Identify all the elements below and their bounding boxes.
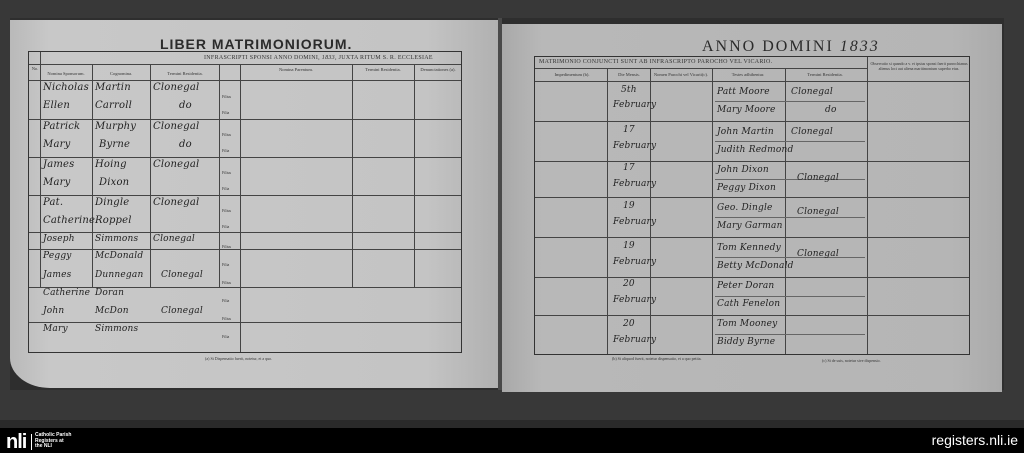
marriage-day: 17 [623,125,635,135]
groom-surname: Hoing [95,159,127,170]
groom-name: Pat. [43,197,63,208]
witness-2: Betty McDonald [717,261,794,271]
groom-surname: Dunnegan [95,270,143,280]
col-header-priest: Nomen Parochi vel Vicarii(c). [651,72,711,77]
right-footnote-c: (c) Si de suis, notetur sive dispensio. [822,358,881,363]
col-header-names: Nomina Sponsorum. [41,71,91,76]
bride-surname: Simmons [95,324,138,334]
residence-ditto: do [179,100,192,111]
witness-residence: Clonegal [797,249,839,259]
witness-1: John Martin [717,127,774,137]
groom-surname: Simmons [95,234,138,244]
col-header-parents-residence: Termini Residentia. [353,67,413,72]
residence: Clonegal [161,306,203,316]
residence: Clonegal [153,82,199,93]
marriage-month: February [613,100,656,110]
viewer-bottom-strip [0,420,1024,428]
right-subheading: MATRIMONIO CONJUNCTI SUNT AB INFRASCRIPT… [539,59,772,65]
witness-1: Geo. Dingle [717,203,773,213]
witness-2: Cath Fenelon [717,299,780,309]
bride-surname: Roppel [95,215,132,226]
witness-1: John Dixon [717,165,769,175]
witness-residence: Clonegal [791,87,833,97]
col-header-no: No. [30,66,40,71]
residence: Clonegal [153,121,199,132]
witness-1: Peter Doran [717,281,774,291]
witness-2: Mary Moore [717,105,776,115]
bride-surname: Carroll [95,100,132,111]
witness-residence: Clonegal [791,127,833,137]
col-header-impediment: Impedimentum (b). [537,72,607,77]
site-link[interactable]: registers.nli.ie [932,432,1018,448]
footer-bar: nli Catholic Parish Registers at the NLI… [0,428,1024,453]
bride-name: Ellen [43,100,70,111]
marriage-day: 17 [623,163,635,173]
marriage-day: 20 [623,279,635,289]
groom-name: Nicholas [43,82,89,93]
marriage-month: February [613,217,656,227]
marriage-register-form-left: INFRASCRIPTI SPONSI ANNO DOMINI, 1833, J… [28,51,462,353]
residence: Clonegal [161,270,203,280]
col-header-day-month: Die Mensis. [609,72,649,77]
image-viewer[interactable]: LIBER MATRIMONIORUM. INFRASCRIPTI SPONSI… [0,0,1024,428]
bride-name: Catherine [43,215,95,226]
residence: Clonegal [153,197,199,208]
witness-1: Tom Kennedy [717,243,781,253]
left-page-title: LIBER MATRIMONIORUM. [160,36,352,52]
col-header-surnames: Cognomina. [93,71,149,76]
witness-1: Patt Moore [717,87,770,97]
col-header-residence: Termini Residentia. [151,71,219,76]
groom-surname: Murphy [95,121,136,132]
left-subheading: INFRASCRIPTI SPONSI ANNO DOMINI, 1833, J… [204,55,433,61]
marriage-day: 20 [623,319,635,329]
groom-name: James [43,159,75,170]
left-footnote: (a) Si Dispensatio fuerit, notetur, et a… [205,356,272,361]
right-footnote-b: (b) Si aliquod fuerit, notetur dispensat… [612,356,702,361]
witness-2: Mary Garman [717,221,783,231]
col-header-residence: Termini Residentia. [785,72,865,77]
marriage-month: February [613,179,656,189]
bride-surname: Dixon [99,177,129,188]
logo-divider [31,434,32,450]
marriage-month: February [613,295,656,305]
witness-1: Tom Mooney [717,319,777,329]
marriage-day: 19 [623,241,635,251]
col-header-witnesses: Testes adhibentur. [713,72,783,77]
bride-surname: McDonald [95,251,143,261]
register-book-scan: LIBER MATRIMONIORUM. INFRASCRIPTI SPONSI… [10,18,1004,390]
groom-surname: McDon [95,306,129,316]
groom-name: Joseph [43,234,75,244]
groom-name: John [43,306,64,316]
bride-name: Peggy [43,251,72,261]
bride-surname: Doran [95,288,124,298]
marriage-register-form-right: MATRIMONIO CONJUNCTI SUNT AB INFRASCRIPT… [534,56,970,355]
bride-surname: Byrne [99,139,130,150]
bride-name: Catherine [43,288,90,298]
groom-surname: Dingle [95,197,129,208]
col-header-banns: Denunciationes (a). [415,67,461,72]
nli-logo-icon[interactable]: nli [6,433,26,451]
witness-2: Biddy Byrne [717,337,775,347]
right-page: ANNO DOMINI 1833 MATRIMONIO CONJUNCTI SU… [502,24,1002,392]
bride-name: Mary [43,139,70,150]
left-page: LIBER MATRIMONIORUM. INFRASCRIPTI SPONSI… [10,20,500,388]
bride-name: Mary [43,324,68,334]
witness-2: Judith Redmond [717,145,794,155]
marriage-day: 19 [623,201,635,211]
residence: Clonegal [153,159,199,170]
bride-name: Mary [43,177,70,188]
col-header-observations: Observatio si quando a v. et ipsius spon… [869,61,969,71]
right-page-title: ANNO DOMINI 1833 [702,38,880,56]
groom-surname: Martin [95,82,131,93]
marriage-month: February [613,335,656,345]
witness-residence-ditto: do [825,105,837,115]
witness-2: Peggy Dixon [717,183,776,193]
witness-residence: Clonegal [797,173,839,183]
col-header-parents: Nomina Parentum. [241,67,351,72]
residence-ditto: do [179,139,192,150]
groom-name: James [43,270,71,280]
residence: Clonegal [153,234,195,244]
marriage-month: February [613,257,656,267]
marriage-month: February [613,141,656,151]
groom-name: Patrick [43,121,80,132]
witness-residence: Clonegal [797,207,839,217]
marriage-day: 5th [621,85,637,95]
brand-text: Catholic Parish Registers at the NLI [35,433,71,450]
